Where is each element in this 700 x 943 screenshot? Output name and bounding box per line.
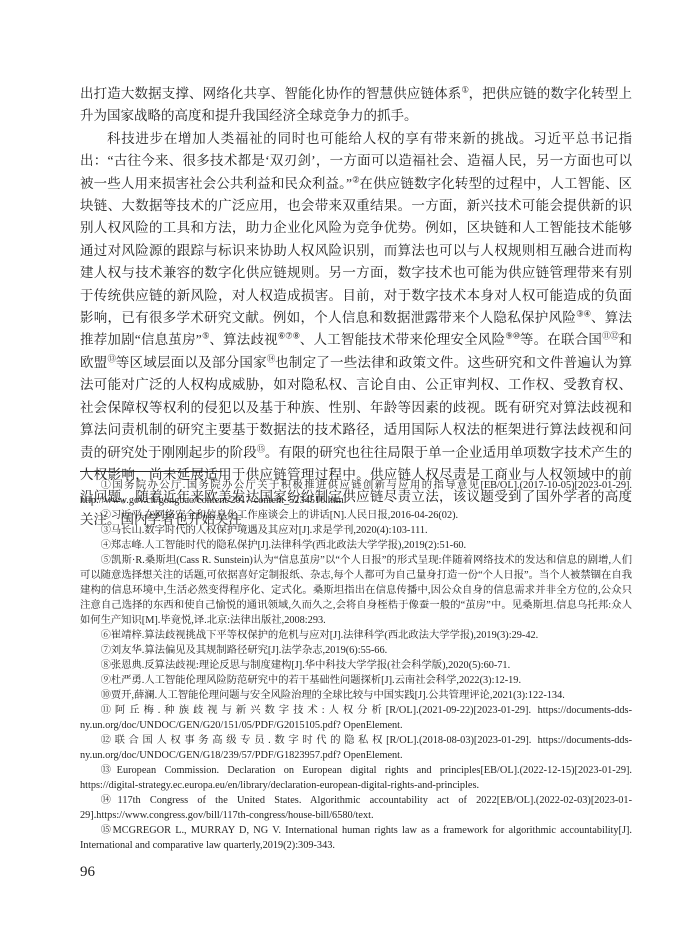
footnote-ref-marker: ⑪⑫ — [602, 331, 618, 341]
footnote-item: ⑪阿丘梅.种族歧视与新兴数字技术:人权分析[R/OL].(2021-09-22)… — [80, 703, 632, 733]
footnote-item: ⑤凯斯·R.桑斯坦(Cass R. Sunstein)认为“信息茧房”以“个人日… — [80, 553, 632, 628]
footnote-item: ⑩贾开,薛澜.人工智能伦理问题与安全风险治理的全球比较与中国实践[J].公共管理… — [80, 688, 632, 703]
footnote-marker: ⑩ — [101, 690, 111, 701]
document-page: 出打造大数据支撑、网络化共享、智能化协作的智慧供应链体系①，把供应链的数字化转型… — [0, 0, 700, 943]
body-text: 出打造大数据支撑、网络化共享、智能化协作的智慧供应链体系①，把供应链的数字化转型… — [80, 83, 632, 531]
footnote-ref-marker: ③④ — [576, 309, 591, 319]
footnote-item: ④郑志峰.人工智能时代的隐私保护[J].法律科学(西北政法大学学报),2019(… — [80, 538, 632, 553]
footnote-item: ⑥崔靖梓.算法歧视挑战下平等权保护的危机与应对[J].法律科学(西北政法大学学报… — [80, 628, 632, 643]
footnote-ref-marker: ⑬ — [107, 353, 115, 363]
footnote-marker: ③ — [101, 525, 111, 536]
footnote-item: ①国务院办公厅.国务院办公厅关于积极推进供应链创新与应用的指导意见[EB/OL]… — [80, 478, 632, 508]
footnote-separator — [80, 471, 222, 472]
footnote-list: ①国务院办公厅.国务院办公厅关于积极推进供应链创新与应用的指导意见[EB/OL]… — [80, 478, 632, 853]
footnote-ref-marker: ① — [461, 85, 468, 95]
footnote-marker: ⑧ — [101, 660, 111, 671]
footnote-marker: ⑬ — [101, 765, 117, 776]
footnote-ref-marker: ⑨⑩ — [505, 331, 520, 341]
footnote-marker: ① — [101, 480, 113, 491]
footnotes-section: ①国务院办公厅.国务院办公厅关于积极推进供应链创新与应用的指导意见[EB/OL]… — [80, 471, 632, 853]
footnote-ref-marker: ⑮ — [257, 443, 265, 453]
footnote-item: ⑨杜严勇.人工智能伦理风险防范研究中的若干基础性问题探析[J].云南社会科学,2… — [80, 673, 632, 688]
page-number: 96 — [80, 864, 95, 881]
footnote-marker: ④ — [101, 540, 111, 551]
footnote-item: ⑧张恩典.反算法歧视:理论反思与制度建构[J].华中科技大学学报(社会科学版),… — [80, 658, 632, 673]
footnote-marker: ⑦ — [101, 645, 111, 656]
footnote-marker: ⑨ — [101, 675, 111, 686]
footnote-ref-marker: ⑭ — [267, 353, 275, 363]
footnote-marker: ⑮ — [101, 825, 113, 836]
footnote-item: ③马长山.数字时代的人权保护境遇及其应对[J].求是学刊,2020(4):103… — [80, 523, 632, 538]
footnote-item: ⑦刘友华.算法偏见及其规制路径研究[J].法学杂志,2019(6):55-66. — [80, 643, 632, 658]
footnote-item: ⑭117th Congress of the United States. Al… — [80, 793, 632, 823]
footnote-marker: ② — [101, 510, 111, 521]
footnote-item: ②习近平.在网络安全和信息化工作座谈会上的讲话[N].人民日报,2016-04-… — [80, 508, 632, 523]
footnote-item: ⑬European Commission. Declaration on Eur… — [80, 763, 632, 793]
footnote-marker: ⑫ — [101, 735, 115, 746]
paragraph: 出打造大数据支撑、网络化共享、智能化协作的智慧供应链体系①，把供应链的数字化转型… — [80, 83, 632, 128]
footnote-item: ⑫联合国人权事务高级专员.数字时代的隐私权[R/OL].(2018-08-03)… — [80, 733, 632, 763]
footnote-ref-marker: ② — [352, 174, 359, 184]
footnote-ref-marker: ⑥⑦⑧ — [278, 331, 300, 341]
footnote-item: ⑮MCGREGOR L., MURRAY D, NG V. Internatio… — [80, 823, 632, 853]
footnote-marker: ⑪ — [101, 705, 115, 716]
footnote-marker: ⑭ — [101, 795, 118, 806]
footnote-marker: ⑥ — [101, 630, 111, 641]
footnote-marker: ⑤ — [101, 555, 111, 566]
footnote-ref-marker: ⑤ — [202, 331, 210, 341]
